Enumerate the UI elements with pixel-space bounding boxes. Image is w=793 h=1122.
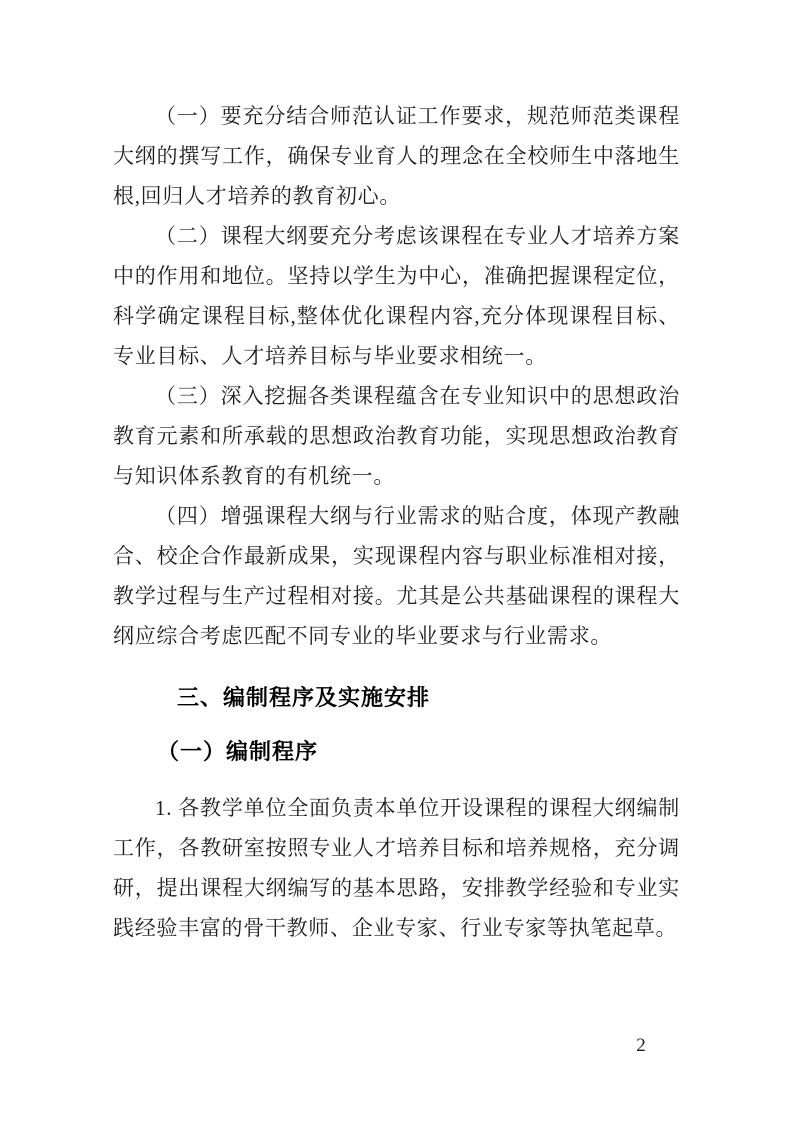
body-paragraph-2: （二）课程大纲要充分考虑该课程在专业人才培养方案中的作用和地位。坚持以学生为中心… xyxy=(113,216,680,376)
body-paragraph-3: （三）深入挖掘各类课程蕴含在专业知识中的思想政治教育元素和所承载的思想政治教育功… xyxy=(113,376,680,496)
page-number: 2 xyxy=(628,1034,654,1058)
document-page: （一）要充分结合师范认证工作要求，规范师范类课程大纲的撰写工作，确保专业育人的理… xyxy=(0,0,793,1122)
body-paragraph-4: （四）增强课程大纲与行业需求的贴合度，体现产教融合、校企合作最新成果，实现课程内… xyxy=(113,496,680,656)
subsection-heading: （一）编制程序 xyxy=(113,732,680,772)
body-paragraph-1: （一）要充分结合师范认证工作要求，规范师范类课程大纲的撰写工作，确保专业育人的理… xyxy=(113,96,680,216)
body-paragraph-5: 1. 各教学单位全面负责本单位开设课程的课程大纲编制工作，各教研室按照专业人才培… xyxy=(113,788,680,948)
section-heading: 三、编制程序及实施安排 xyxy=(113,678,680,718)
